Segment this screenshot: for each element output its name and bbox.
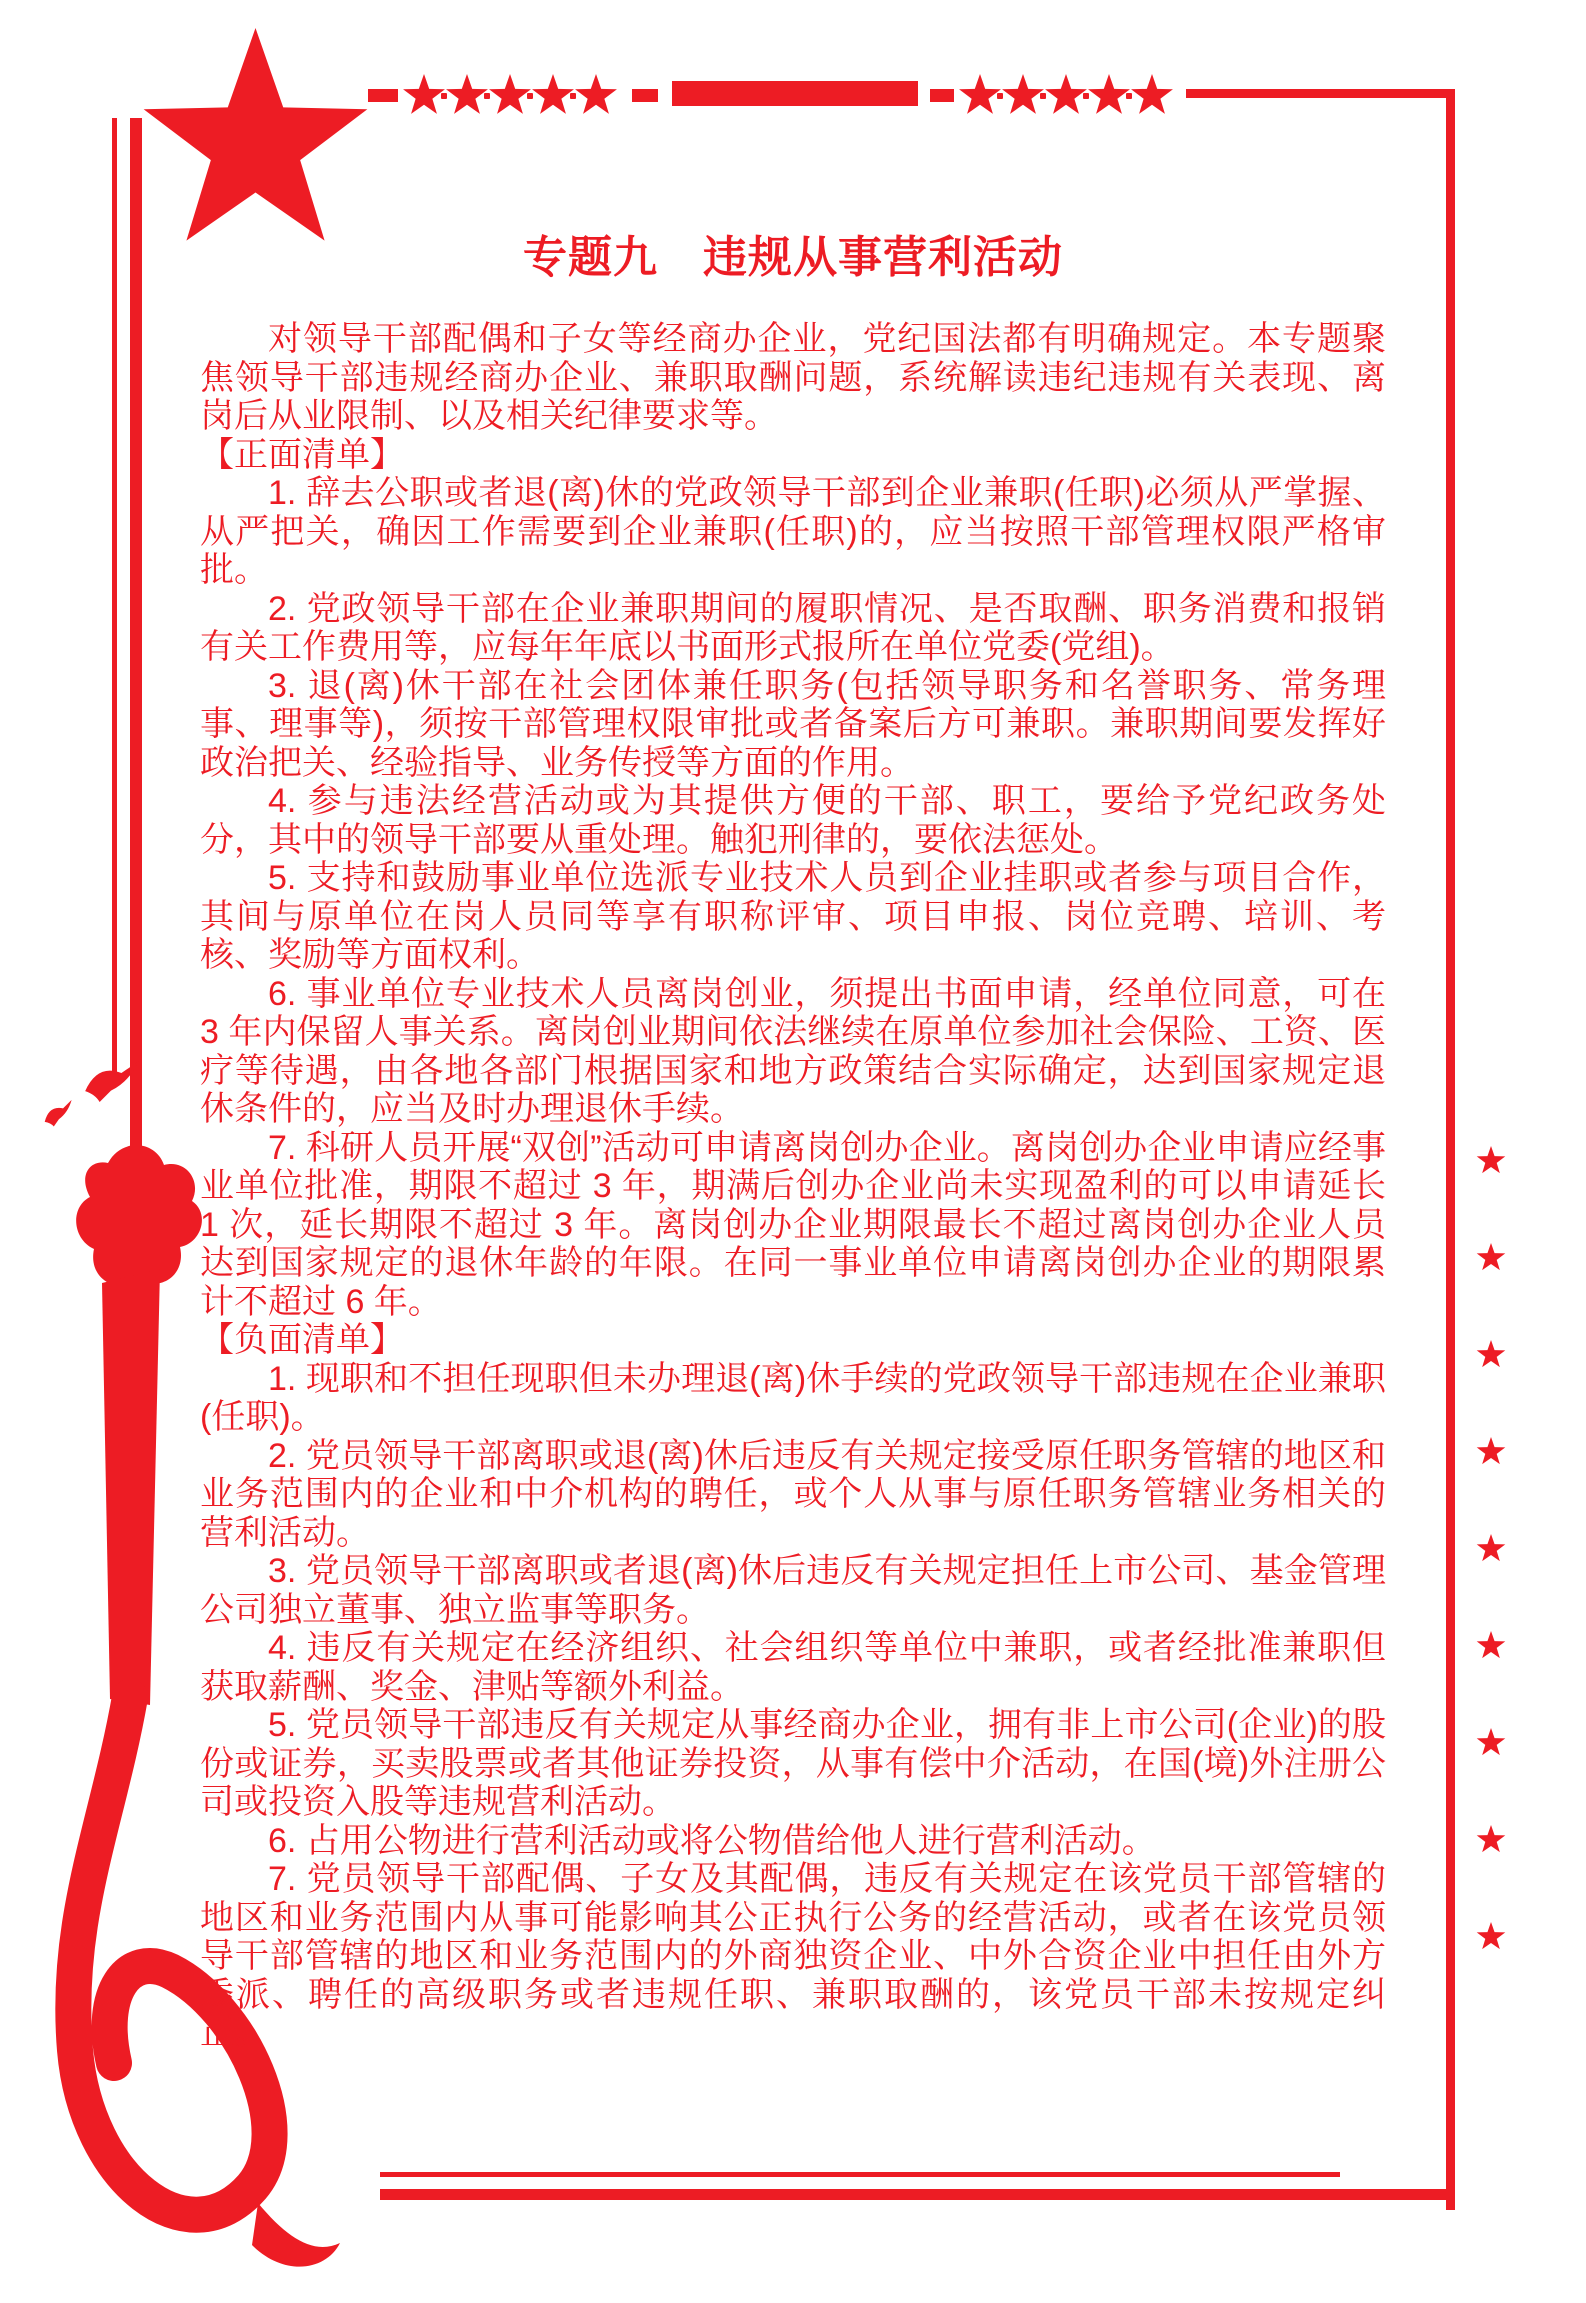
dot-icon — [484, 93, 490, 99]
page-border-bottom-thin — [380, 2172, 1340, 2177]
dot-icon — [1126, 93, 1132, 99]
negative-item-1: 1. 现职和不担任现职但未办理退(离)休手续的党政领导干部违规在企业兼职(任职)… — [200, 1360, 1386, 1437]
positive-item-1: 1. 辞去公职或者退(离)休的党政领导干部到企业兼职(任职)必须从严掌握、从严把… — [200, 474, 1386, 590]
star-icon — [1044, 74, 1088, 118]
side-star-icon — [1476, 1631, 1506, 1661]
banner-rule — [1186, 89, 1455, 98]
negative-item-6: 6. 占用公物进行营利活动或将公物借给他人进行营利活动。 — [200, 1822, 1386, 1861]
star-icon — [1001, 74, 1045, 118]
star-icon — [488, 74, 532, 118]
big-star-icon — [138, 28, 373, 263]
dot-icon — [997, 93, 1003, 99]
document-page: 专题九 违规从事营利活动 对领导干部配偶和子女等经商办企业，党纪国法都有明确规定… — [0, 0, 1586, 2303]
negative-list-heading: 【负面清单】 — [200, 1321, 1386, 1360]
positive-item-7: 7. 科研人员开展“双创”活动可申请离岗创办企业。离岗创办企业申请应经事业单位批… — [200, 1129, 1386, 1322]
dot-icon — [570, 93, 576, 99]
side-star-icon — [1476, 1534, 1506, 1564]
star-icon — [1087, 74, 1131, 118]
dot-icon — [527, 93, 533, 99]
positive-item-4: 4. 参与违法经营活动或为其提供方便的干部、职工，要给予党纪政务处分，其中的领导… — [200, 782, 1386, 859]
banner-dash-icon — [632, 89, 658, 102]
dove-icon — [41, 1100, 78, 1129]
star-icon — [531, 74, 575, 118]
dot-icon — [441, 93, 447, 99]
side-star-icon — [1476, 1922, 1506, 1952]
side-star-icon — [1476, 1728, 1506, 1758]
positive-item-2: 2. 党政领导干部在企业兼职期间的履职情况、是否取酬、职务消费和报销有关工作费用… — [200, 590, 1386, 667]
star-icon — [574, 74, 618, 118]
calligraphy-blob — [76, 1145, 202, 1286]
side-star-icon — [1476, 1340, 1506, 1370]
page-border-left-thin — [112, 118, 117, 1077]
positive-item-3: 3. 退(离)休干部在社会团体兼任职务(包括领导职务和名誉职务、常务理事、理事等… — [200, 667, 1386, 783]
negative-item-7: 7. 党员领导干部配偶、子女及其配偶，违反有关规定在该党员干部管辖的地区和业务范… — [200, 1860, 1386, 2053]
banner-bar-icon — [672, 81, 918, 106]
page-border-right — [1446, 89, 1455, 2210]
side-star-icon — [1476, 1146, 1506, 1176]
star-icon — [1130, 74, 1174, 118]
document-body: 专题九 违规从事营利活动 对领导干部配偶和子女等经商办企业，党纪国法都有明确规定… — [200, 232, 1386, 2053]
positive-item-6: 6. 事业单位专业技术人员离岗创业，须提出书面申请，经单位同意，可在 3 年内保… — [200, 975, 1386, 1129]
calligraphy-stroke — [102, 1269, 160, 1705]
dot-icon — [1083, 93, 1089, 99]
negative-item-5: 5. 党员领导干部违反有关规定从事经商办企业，拥有非上市公司(企业)的股份或证券… — [200, 1706, 1386, 1822]
star-icon — [402, 74, 446, 118]
positive-list-heading: 【正面清单】 — [200, 436, 1386, 475]
side-star-icon — [1476, 1437, 1506, 1467]
star-icon — [445, 74, 489, 118]
negative-item-4: 4. 违反有关规定在经济组织、社会组织等单位中兼职，或者经批准兼职但获取薪酬、奖… — [200, 1629, 1386, 1706]
intro-paragraph: 对领导干部配偶和子女等经商办企业，党纪国法都有明确规定。本专题聚焦领导干部违规经… — [200, 320, 1386, 436]
page-title: 专题九 违规从事营利活动 — [200, 232, 1386, 284]
dove-icon — [82, 1061, 144, 1104]
calligraphy-tail — [252, 2203, 340, 2267]
negative-item-3: 3. 党员领导干部离职或者退(离)休后违反有关规定担任上市公司、基金管理公司独立… — [200, 1552, 1386, 1629]
banner-dash-icon — [930, 89, 954, 102]
negative-item-2: 2. 党员领导干部离职或退(离)休后违反有关规定接受原任职务管辖的地区和业务范围… — [200, 1437, 1386, 1553]
page-border-bottom-thick — [380, 2189, 1455, 2200]
positive-item-5: 5. 支持和鼓励事业单位选派专业技术人员到企业挂职或者参与项目合作，其间与原单位… — [200, 859, 1386, 975]
dot-icon — [1040, 93, 1046, 99]
star-icon — [958, 74, 1002, 118]
banner-dash-icon — [368, 89, 398, 102]
side-star-icon — [1476, 1243, 1506, 1273]
side-star-icon — [1476, 1825, 1506, 1855]
